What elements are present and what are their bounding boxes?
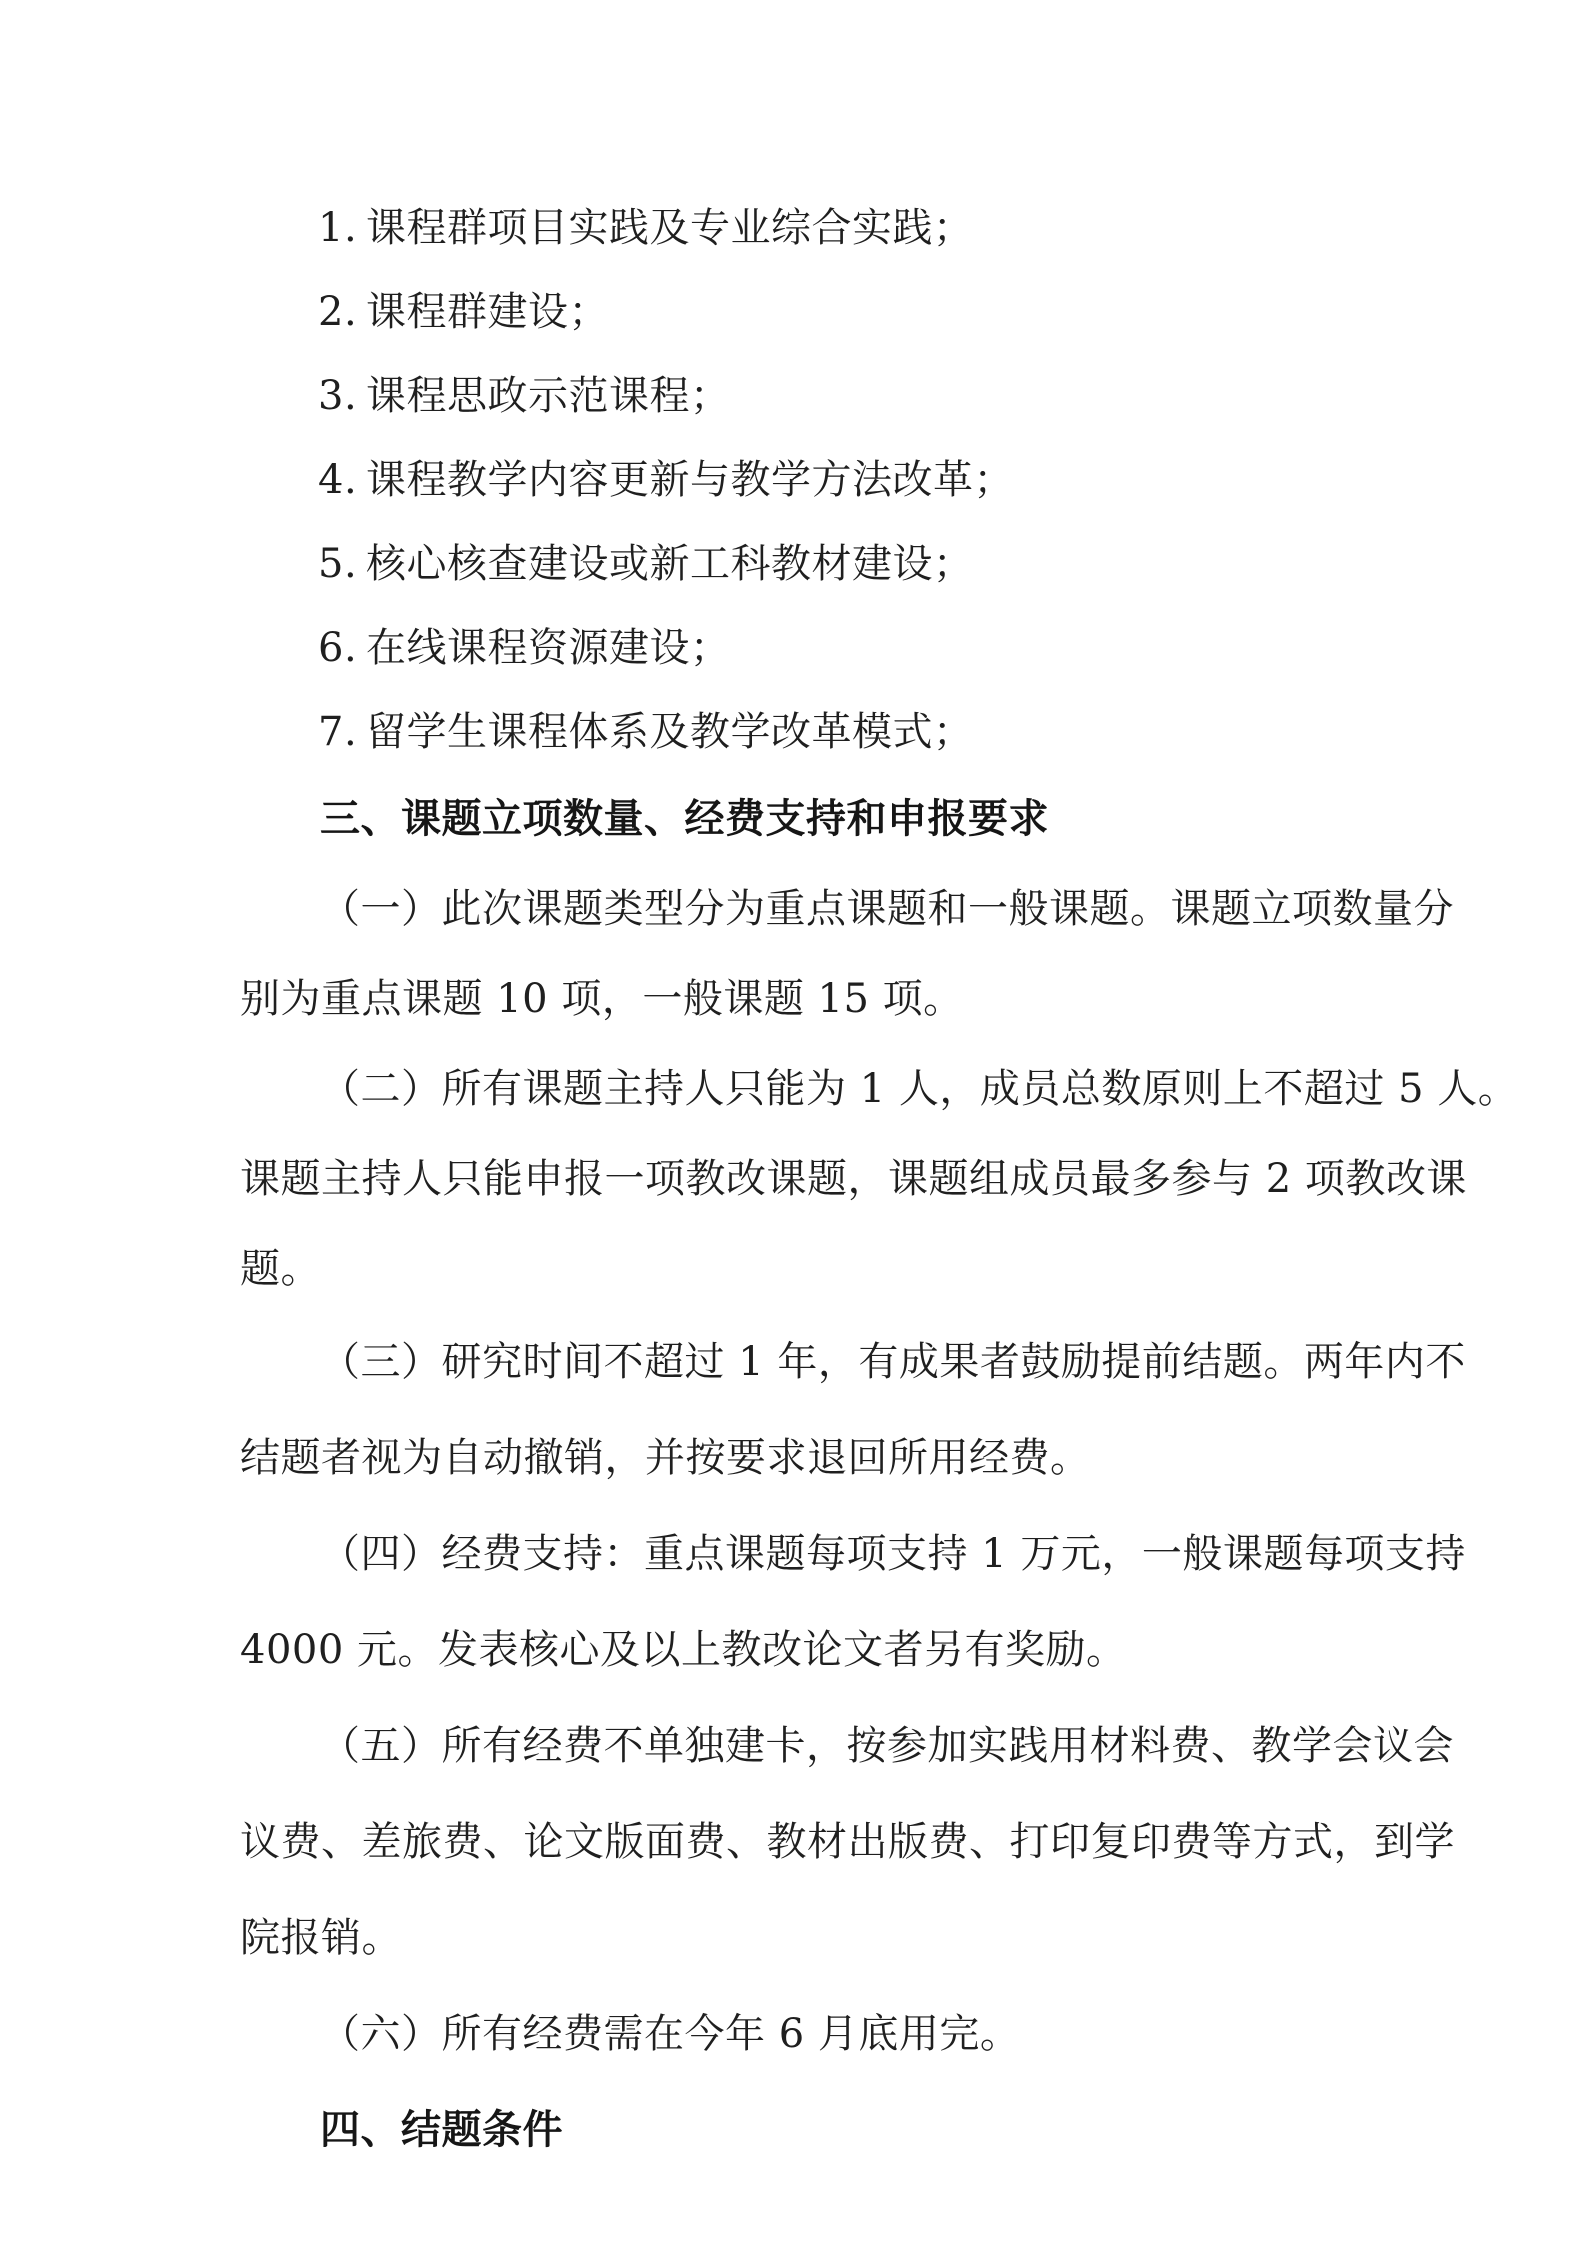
paragraph-line: 院报销。 — [0, 1890, 1587, 1986]
list-item-text: 课程教学内容更新与教学方法改革； — [366, 457, 1014, 503]
paragraph-line: （五）所有经费不单独建卡，按参加实践用材料费、教学会议会 — [0, 1698, 1587, 1794]
paragraph-line: （六）所有经费需在今年 6 月底用完。 — [0, 1986, 1587, 2082]
list-item-number: 1. — [318, 186, 366, 270]
paragraph-line: 结题者视为自动撤销，并按要求退回所用经费。 — [0, 1410, 1587, 1506]
document-page: 1.课程群项目实践及专业综合实践； 2.课程群建设； 3.课程思政示范课程； 4… — [0, 0, 1587, 2245]
paragraph-line: （二）所有课题主持人只能为 1 人，成员总数原则上不超过 5 人。 — [0, 1044, 1587, 1134]
paragraph-line: 别为重点课题 10 项，一般课题 15 项。 — [0, 954, 1587, 1044]
list-item-number: 2. — [318, 270, 366, 354]
section-heading-4: 四、结题条件 — [0, 2082, 1587, 2178]
list-item-number: 6. — [318, 606, 366, 690]
paragraph-line: 题。 — [0, 1224, 1587, 1314]
ordered-list-item: 1.课程群项目实践及专业综合实践； — [0, 186, 1587, 270]
list-item-text: 在线课程资源建设； — [366, 625, 731, 671]
paragraph-line: 课题主持人只能申报一项教改课题，课题组成员最多参与 2 项教改课 — [0, 1134, 1587, 1224]
paragraph-line: 4000 元。发表核心及以上教改论文者另有奖励。 — [0, 1602, 1587, 1698]
ordered-list-item: 6.在线课程资源建设； — [0, 606, 1587, 690]
ordered-list-item: 3.课程思政示范课程； — [0, 354, 1587, 438]
list-item-number: 5. — [318, 522, 366, 606]
paragraph-line: （三）研究时间不超过 1 年，有成果者鼓励提前结题。两年内不 — [0, 1314, 1587, 1410]
document-content: 1.课程群项目实践及专业综合实践； 2.课程群建设； 3.课程思政示范课程； 4… — [0, 0, 1587, 2178]
list-item-number: 3. — [318, 354, 366, 438]
paragraph-line: （四）经费支持：重点课题每项支持 1 万元，一般课题每项支持 — [0, 1506, 1587, 1602]
ordered-list-item: 7.留学生课程体系及教学改革模式； — [0, 690, 1587, 774]
list-item-number: 7. — [318, 690, 366, 774]
list-item-text: 课程群项目实践及专业综合实践； — [366, 205, 974, 251]
list-item-text: 留学生课程体系及教学改革模式； — [366, 709, 974, 755]
paragraph-line: （一）此次课题类型分为重点课题和一般课题。课题立项数量分 — [0, 864, 1587, 954]
section-heading-3: 三、课题立项数量、经费支持和申报要求 — [0, 774, 1587, 864]
ordered-list-item: 2.课程群建设； — [0, 270, 1587, 354]
list-item-text: 课程思政示范课程； — [366, 373, 731, 419]
list-item-text: 课程群建设； — [366, 289, 609, 335]
list-item-text: 核心核查建设或新工科教材建设； — [366, 541, 974, 587]
paragraph-line: 议费、差旅费、论文版面费、教材出版费、打印复印费等方式，到学 — [0, 1794, 1587, 1890]
ordered-list-item: 4.课程教学内容更新与教学方法改革； — [0, 438, 1587, 522]
ordered-list-item: 5.核心核查建设或新工科教材建设； — [0, 522, 1587, 606]
list-item-number: 4. — [318, 438, 366, 522]
